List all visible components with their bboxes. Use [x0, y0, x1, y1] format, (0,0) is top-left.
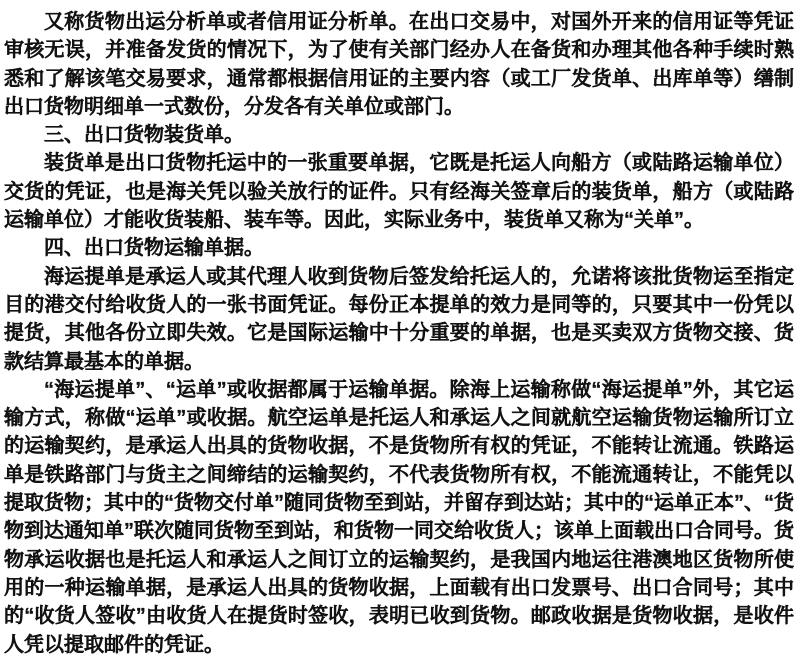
- paragraph-transport-docs: “海运提单”、“运单”或收据都属于运输单据。除海上运输称做“海运提单”外，其它运…: [4, 376, 794, 659]
- paragraph-ocean-bill: 海运提单是承运人或其代理人收到货物后签发给托运人的，允诺将该批货物运至指定目的港…: [4, 263, 794, 376]
- document-page: 又称货物出运分析单或者信用证分析单。在出口交易中，对国外开来的信用证等凭证审核无…: [0, 0, 800, 664]
- paragraph-shipping-order: 装货单是出口货物托运中的一张重要单据，它既是托运人向船方（或陆路运输单位）交货的…: [4, 149, 794, 234]
- section-heading-4: 四、出口货物运输单据。: [4, 234, 794, 262]
- paragraph-intro: 又称货物出运分析单或者信用证分析单。在出口交易中，对国外开来的信用证等凭证审核无…: [4, 8, 794, 121]
- section-heading-3: 三、出口货物装货单。: [4, 121, 794, 149]
